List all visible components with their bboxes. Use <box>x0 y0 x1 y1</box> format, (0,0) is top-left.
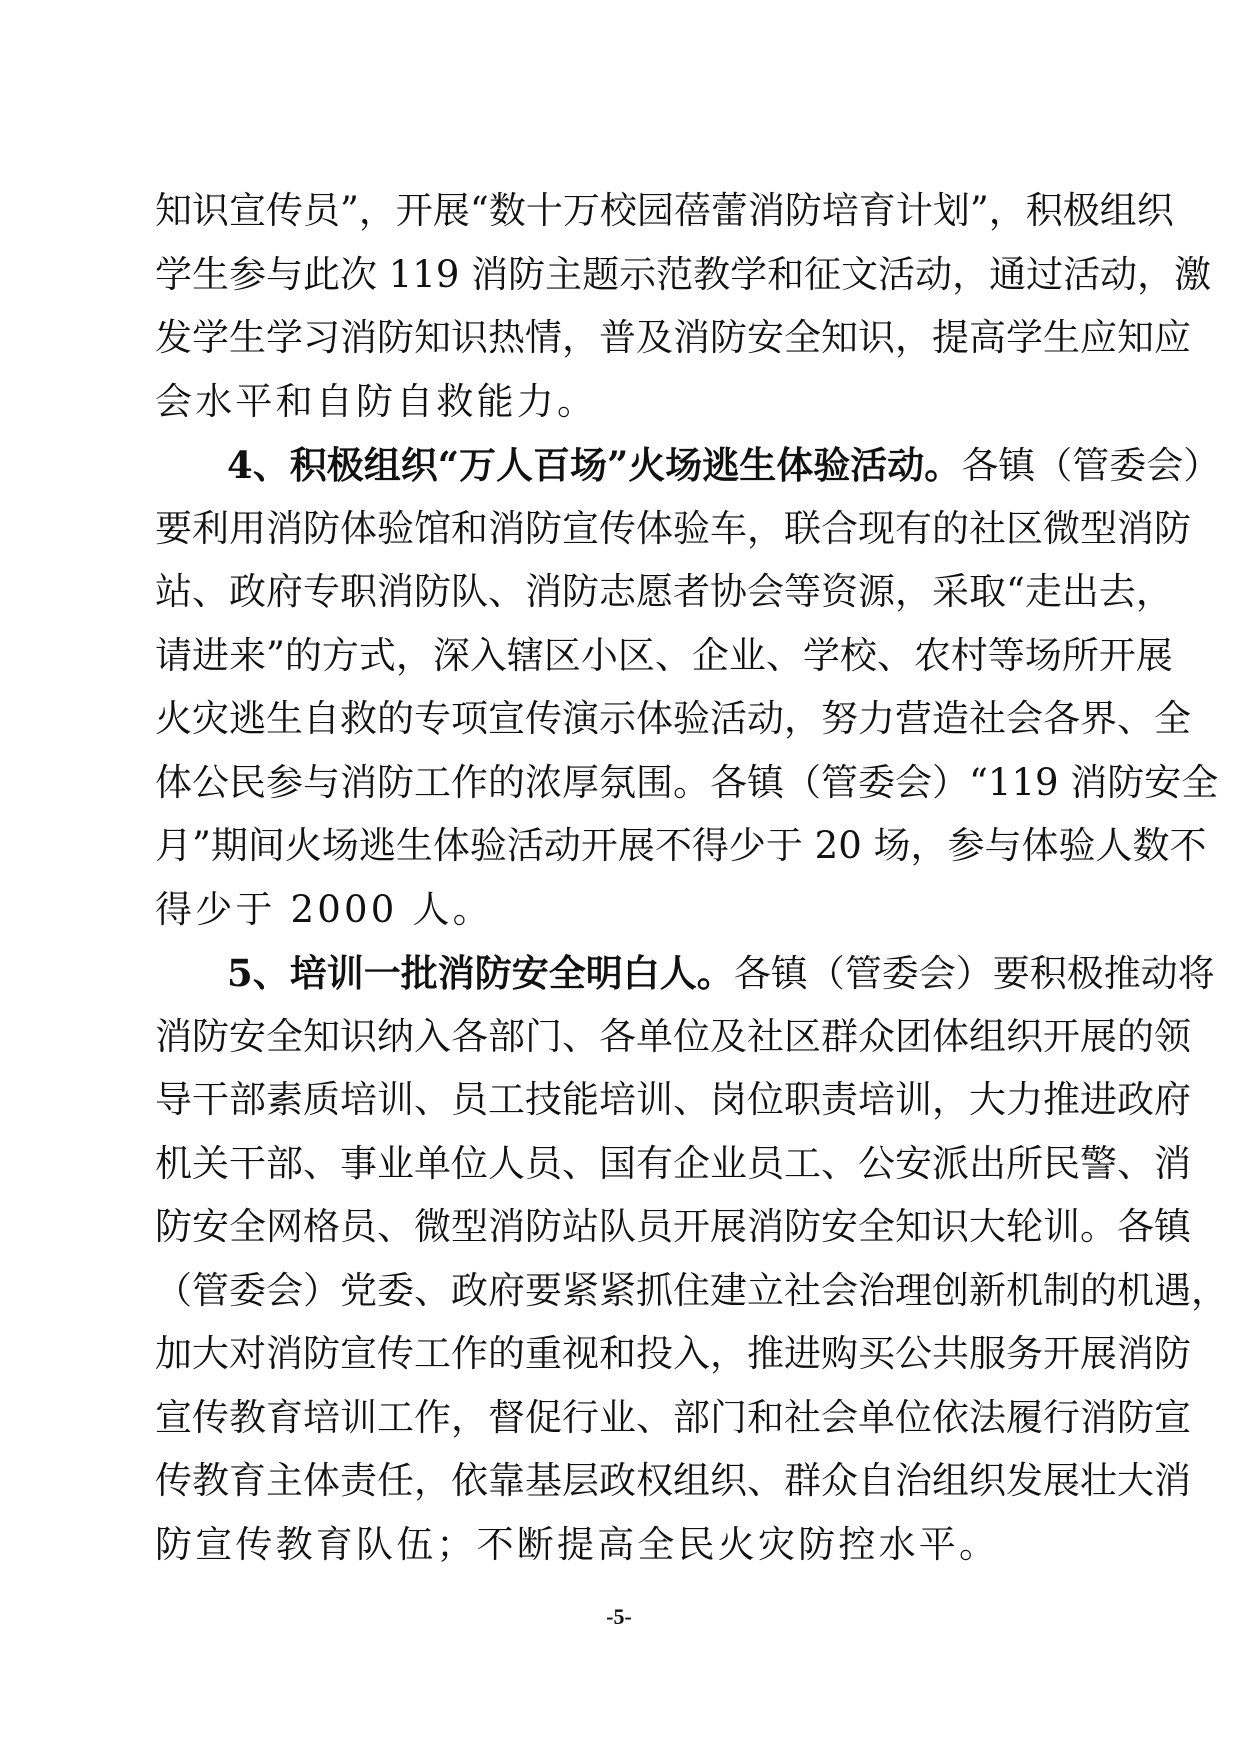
line-text: 请进来”的方式，深入辖区小区、企业、学校、农村等场所开展 <box>155 631 1087 695</box>
paragraph-line: 发学生学习消防知识热情，普及消防安全知识，提高学生应知应 <box>155 313 1087 377</box>
line-text: （管委会）党委、政府要紧紧抓住建立社会治理创新机制的机遇， <box>155 1266 1087 1330</box>
paragraph-line: 会水平和自防自救能力。 <box>155 377 1087 441</box>
heading-text: 4、积极组织“万人百场”火场逃生体验活动。 <box>227 443 961 487</box>
heading-continuation: 各镇（管委会）要积极推动将 <box>734 952 1215 995</box>
paragraph-line: 宣传教育培训工作，督促行业、部门和社会单位依法履行消防宣 <box>155 1393 1087 1457</box>
line-text: 体公民参与消防工作的浓厚氛围。各镇（管委会）“119 消防安全 <box>155 758 1087 822</box>
line-text: 4、积极组织“万人百场”火场逃生体验活动。各镇（管委会） <box>227 440 1087 504</box>
line-text: 会水平和自防自救能力。 <box>155 377 1087 441</box>
line-text: 要利用消防体验馆和消防宣传体验车，联合现有的社区微型消防 <box>155 504 1087 568</box>
body-text: 知识宣传员”，开展“数十万校园蓓蕾消防培育计划”，积极组织 学生参与此次 119… <box>155 186 1087 1583</box>
paragraph-line: 防宣传教育队伍；不断提高全民火灾防控水平。 <box>155 1520 1087 1584</box>
line-text: 防宣传教育队伍；不断提高全民火灾防控水平。 <box>155 1520 1087 1584</box>
section-heading-5: 5、培训一批消防安全明白人。各镇（管委会）要积极推动将 <box>155 948 1087 1012</box>
line-text: 导干部素质培训、员工技能培训、岗位职责培训，大力推进政府 <box>155 1075 1087 1139</box>
line-text: 5、培训一批消防安全明白人。各镇（管委会）要积极推动将 <box>227 948 1087 1012</box>
line-text: 宣传教育培训工作，督促行业、部门和社会单位依法履行消防宣 <box>155 1393 1087 1457</box>
paragraph-line: 火灾逃生自救的专项宣传演示体验活动，努力营造社会各界、全 <box>155 694 1087 758</box>
paragraph-line: 体公民参与消防工作的浓厚氛围。各镇（管委会）“119 消防安全 <box>155 758 1087 822</box>
document-page: 知识宣传员”，开展“数十万校园蓓蕾消防培育计划”，积极组织 学生参与此次 119… <box>0 0 1238 1759</box>
heading-continuation: 各镇（管委会） <box>961 444 1220 487</box>
page-number: -5- <box>0 1604 1238 1630</box>
paragraph-line: 机关干部、事业单位人员、国有企业员工、公安派出所民警、消 <box>155 1139 1087 1203</box>
line-text: 防安全网格员、微型消防站队员开展消防安全知识大轮训。各镇 <box>155 1202 1087 1266</box>
line-text: 站、政府专职消防队、消防志愿者协会等资源，采取“走出去， <box>155 567 1087 631</box>
line-text: 传教育主体责任，依靠基层政权组织、群众自治组织发展壮大消 <box>155 1456 1087 1520</box>
paragraph-line: 站、政府专职消防队、消防志愿者协会等资源，采取“走出去， <box>155 567 1087 631</box>
line-text: 消防安全知识纳入各部门、各单位及社区群众团体组织开展的领 <box>155 1012 1087 1076</box>
line-text: 月”期间火场逃生体验活动开展不得少于 20 场，参与体验人数不 <box>155 821 1087 885</box>
paragraph-line: 请进来”的方式，深入辖区小区、企业、学校、农村等场所开展 <box>155 631 1087 695</box>
line-text: 得少于 2000 人。 <box>155 885 1087 949</box>
paragraph-line: 得少于 2000 人。 <box>155 885 1087 949</box>
paragraph-line: （管委会）党委、政府要紧紧抓住建立社会治理创新机制的机遇， <box>155 1266 1087 1330</box>
paragraph-line: 防安全网格员、微型消防站队员开展消防安全知识大轮训。各镇 <box>155 1202 1087 1266</box>
section-heading-4: 4、积极组织“万人百场”火场逃生体验活动。各镇（管委会） <box>155 440 1087 504</box>
paragraph-line: 导干部素质培训、员工技能培训、岗位职责培训，大力推进政府 <box>155 1075 1087 1139</box>
line-text: 火灾逃生自救的专项宣传演示体验活动，努力营造社会各界、全 <box>155 694 1087 758</box>
line-text: 知识宣传员”，开展“数十万校园蓓蕾消防培育计划”，积极组织 <box>155 186 1087 250</box>
line-text: 机关干部、事业单位人员、国有企业员工、公安派出所民警、消 <box>155 1139 1087 1203</box>
paragraph-line: 知识宣传员”，开展“数十万校园蓓蕾消防培育计划”，积极组织 <box>155 186 1087 250</box>
line-text: 学生参与此次 119 消防主题示范教学和征文活动，通过活动，激 <box>155 250 1087 314</box>
line-text: 发学生学习消防知识热情，普及消防安全知识，提高学生应知应 <box>155 313 1087 377</box>
paragraph-line: 传教育主体责任，依靠基层政权组织、群众自治组织发展壮大消 <box>155 1456 1087 1520</box>
paragraph-line: 要利用消防体验馆和消防宣传体验车，联合现有的社区微型消防 <box>155 504 1087 568</box>
paragraph-line: 学生参与此次 119 消防主题示范教学和征文活动，通过活动，激 <box>155 250 1087 314</box>
line-text: 加大对消防宣传工作的重视和投入，推进购买公共服务开展消防 <box>155 1329 1087 1393</box>
paragraph-line: 月”期间火场逃生体验活动开展不得少于 20 场，参与体验人数不 <box>155 821 1087 885</box>
heading-text: 5、培训一批消防安全明白人。 <box>227 951 734 995</box>
paragraph-line: 加大对消防宣传工作的重视和投入，推进购买公共服务开展消防 <box>155 1329 1087 1393</box>
paragraph-line: 消防安全知识纳入各部门、各单位及社区群众团体组织开展的领 <box>155 1012 1087 1076</box>
